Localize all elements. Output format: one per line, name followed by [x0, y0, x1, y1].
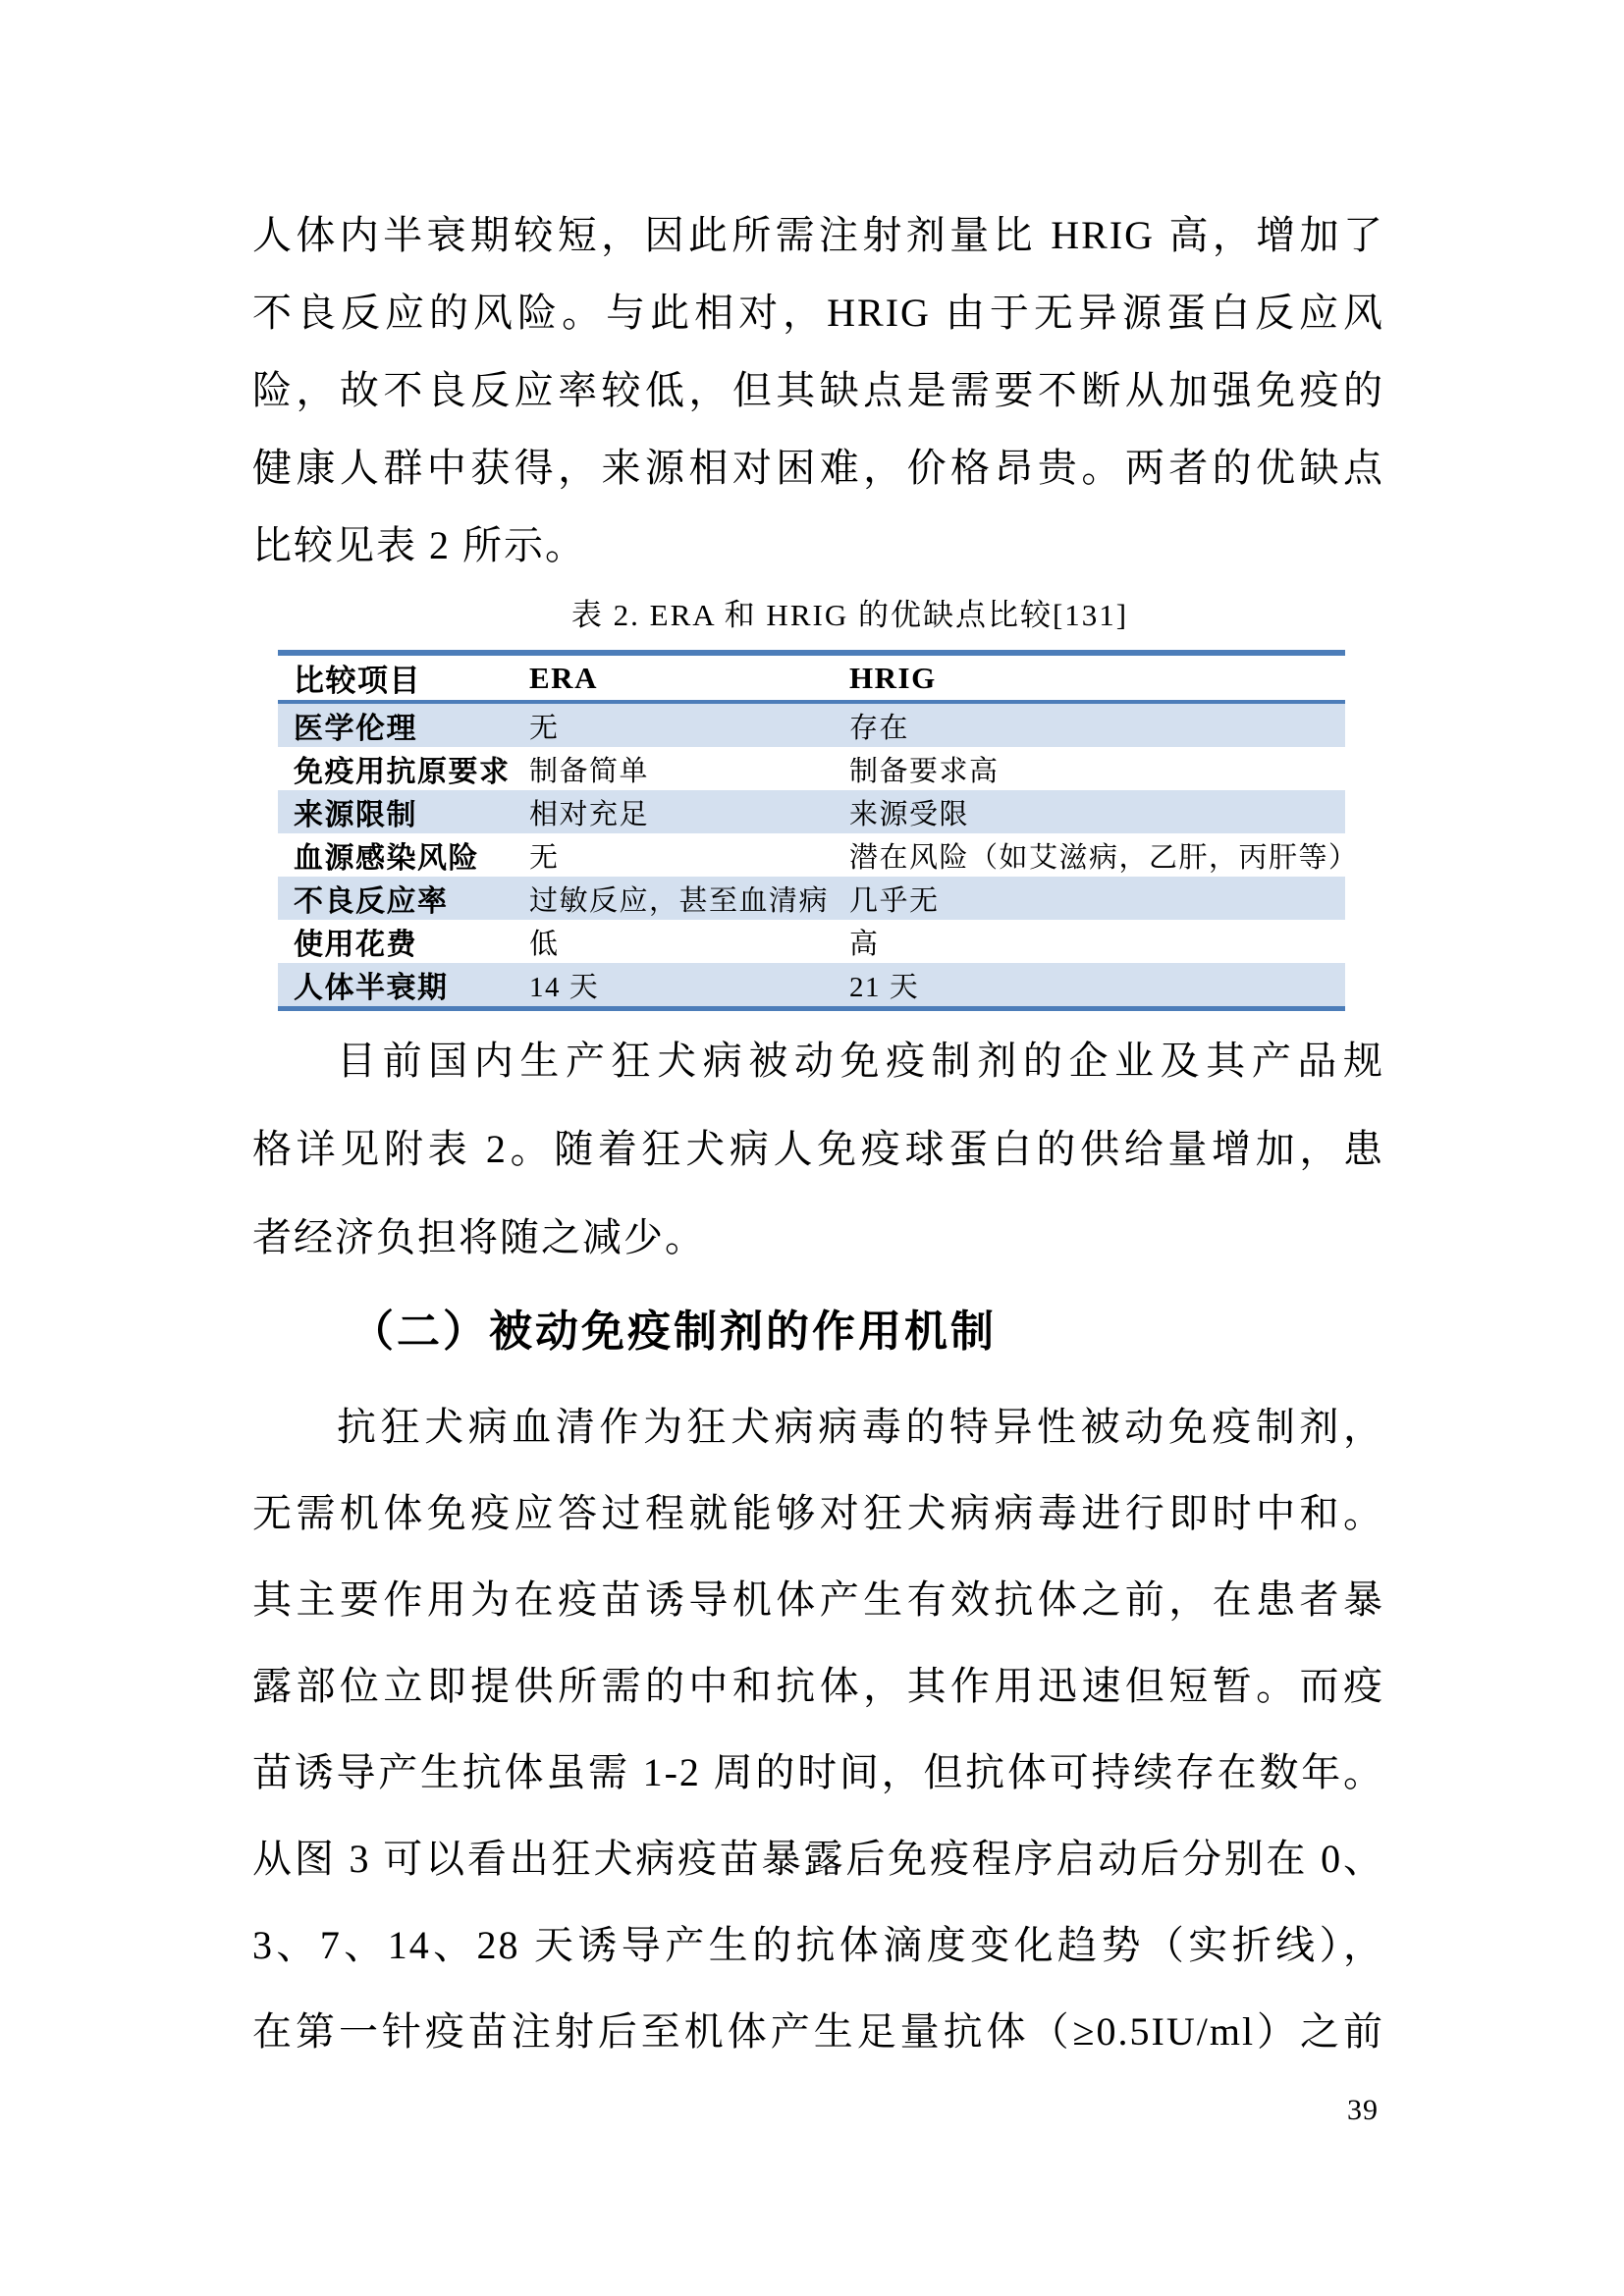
row-label: 人体半衰期 [278, 963, 529, 1009]
hrig-cell: 高 [849, 920, 1345, 963]
table-row: 血源感染风险 无 潜在风险（如艾滋病，乙肝，丙肝等） [278, 833, 1345, 877]
era-cell: 过敏反应，甚至血清病 [529, 877, 849, 920]
column-header-hrig: HRIG [849, 653, 1345, 702]
paragraph-1-line: 不良反应的风险。与此相对，HRIG 由于无异源蛋白反应风 [252, 274, 1384, 351]
paragraph-3-line: 从图 3 可以看出狂犬病疫苗暴露后免疫程序启动后分别在 0、 [252, 1816, 1384, 1902]
era-cell: 低 [529, 920, 849, 963]
paragraph-1: 人体内半衰期较短，因此所需注射剂量比 HRIG 高，增加了 不良反应的风险。与此… [252, 196, 1384, 584]
hrig-cell: 潜在风险（如艾滋病，乙肝，丙肝等） [849, 833, 1345, 877]
paragraph-3-line: 露部位立即提供所需的中和抗体，其作用迅速但短暂。而疫 [252, 1643, 1384, 1730]
column-header-era: ERA [529, 653, 849, 702]
table-caption: 表 2. ERA 和 HRIG 的优缺点比较[131] [316, 593, 1383, 638]
table-row: 不良反应率 过敏反应，甚至血清病 几乎无 [278, 877, 1345, 920]
hrig-cell: 制备要求高 [849, 747, 1345, 790]
era-cell: 14 天 [529, 963, 849, 1009]
paragraph-3-line: 在第一针疫苗注射后至机体产生足量抗体（≥0.5IU/ml）之前 [252, 1989, 1384, 2075]
table-row: 医学伦理 无 存在 [278, 702, 1345, 747]
hrig-cell: 21 天 [849, 963, 1345, 1009]
paragraph-1-line: 比较见表 2 所示。 [252, 507, 1384, 584]
section-heading: （二）被动免疫制剂的作用机制 [252, 1293, 1384, 1371]
row-label: 不良反应率 [278, 877, 529, 920]
paragraph-3-line: 其主要作用为在疫苗诱导机体产生有效抗体之前，在患者暴 [252, 1557, 1384, 1643]
paragraph-2: 目前国内生产狂犬病被动免疫制剂的企业及其产品规 格详见附表 2。随着狂犬病人免疫… [252, 1017, 1384, 1282]
hrig-cell: 几乎无 [849, 877, 1345, 920]
column-header-item: 比较项目 [278, 653, 529, 702]
row-label: 使用花费 [278, 920, 529, 963]
paragraph-2-line: 目前国内生产狂犬病被动免疫制剂的企业及其产品规 [252, 1017, 1384, 1105]
row-label: 来源限制 [278, 790, 529, 833]
hrig-cell: 存在 [849, 702, 1345, 747]
paragraph-2-line: 者经济负担将随之减少。 [252, 1194, 1384, 1282]
era-cell: 无 [529, 833, 849, 877]
table-row: 免疫用抗原要求 制备简单 制备要求高 [278, 747, 1345, 790]
paragraph-1-line: 人体内半衰期较短，因此所需注射剂量比 HRIG 高，增加了 [252, 196, 1384, 274]
paragraph-3-line: 苗诱导产生抗体虽需 1-2 周的时间，但抗体可持续存在数年。 [252, 1730, 1384, 1816]
era-cell: 相对充足 [529, 790, 849, 833]
table-header-row: 比较项目 ERA HRIG [278, 653, 1345, 702]
era-cell: 制备简单 [529, 747, 849, 790]
row-label: 血源感染风险 [278, 833, 529, 877]
paragraph-3-line: 抗狂犬病血清作为狂犬病病毒的特异性被动免疫制剂， [252, 1384, 1384, 1470]
hrig-cell: 来源受限 [849, 790, 1345, 833]
paragraph-3-line: 无需机体免疫应答过程就能够对狂犬病病毒进行即时中和。 [252, 1470, 1384, 1557]
comparison-table: 比较项目 ERA HRIG 医学伦理 无 存在 免疫用抗原要求 制备简单 制备要… [278, 650, 1345, 1011]
table-row: 人体半衰期 14 天 21 天 [278, 963, 1345, 1009]
table-row: 使用花费 低 高 [278, 920, 1345, 963]
page-number: 39 [1347, 2091, 1379, 2130]
document-page: 人体内半衰期较短，因此所需注射剂量比 HRIG 高，增加了 不良反应的风险。与此… [0, 0, 1624, 2296]
paragraph-3-line: 3、7、14、28 天诱导产生的抗体滴度变化趋势（实折线）， [252, 1902, 1384, 1989]
row-label: 医学伦理 [278, 702, 529, 747]
paragraph-2-line: 格详见附表 2。随着狂犬病人免疫球蛋白的供给量增加，患 [252, 1105, 1384, 1194]
paragraph-1-line: 险，故不良反应率较低，但其缺点是需要不断从加强免疫的 [252, 351, 1384, 429]
paragraph-1-line: 健康人群中获得，来源相对困难，价格昂贵。两者的优缺点 [252, 429, 1384, 507]
paragraph-3: 抗狂犬病血清作为狂犬病病毒的特异性被动免疫制剂， 无需机体免疫应答过程就能够对狂… [252, 1384, 1384, 2075]
table-row: 来源限制 相对充足 来源受限 [278, 790, 1345, 833]
era-cell: 无 [529, 702, 849, 747]
row-label: 免疫用抗原要求 [278, 747, 529, 790]
